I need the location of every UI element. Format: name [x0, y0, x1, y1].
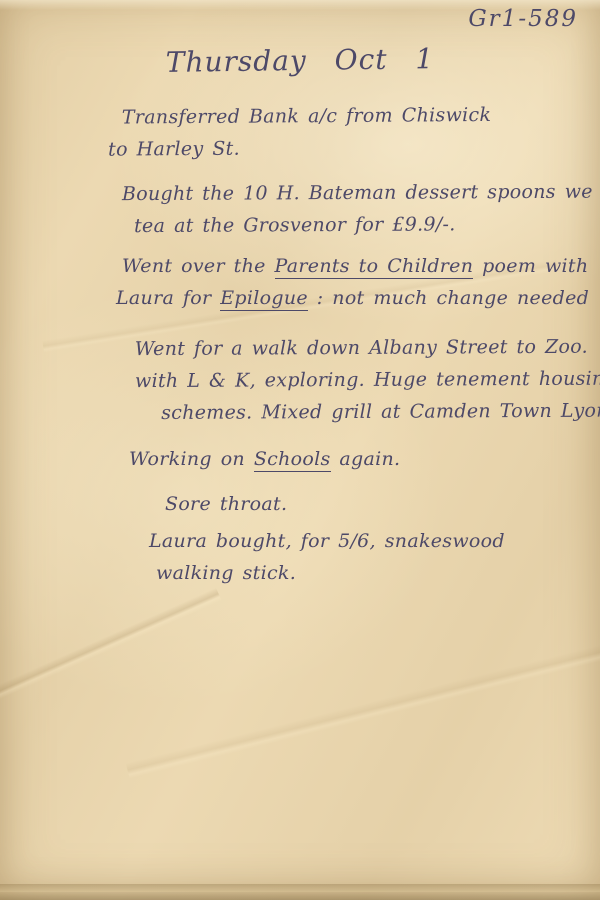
diary-text-segment: Laura for: [116, 287, 220, 309]
diary-entry-poem: Went over the Parents to Children poem w…: [122, 250, 552, 314]
catalog-number: Gr1-589: [468, 6, 578, 32]
diary-text-segment: again.: [331, 448, 401, 470]
paper-fold: [0, 884, 600, 892]
diary-text-segment: Epilogue: [220, 287, 308, 311]
diary-text-segment: Sore throat.: [165, 493, 287, 515]
diary-entry-walk: Went for a walk down Albany Street to Zo…: [135, 331, 552, 429]
diary-text-segment: Working on: [129, 448, 254, 470]
diary-entry-walking-stick: Laura bought, for 5/6, snakeswoodwalking…: [149, 525, 552, 589]
diary-line: schemes. Mixed grill at Camden Town Lyon…: [161, 395, 552, 429]
diary-text-segment: with L & K, exploring. Huge tenement hou…: [135, 368, 600, 393]
diary-line: to Harley St.: [108, 130, 552, 165]
diary-text-segment: Parents to Children: [275, 255, 474, 279]
diary-text-segment: Schools: [254, 448, 331, 472]
diary-entry-spoons: Bought the 10 H. Bateman dessert spoons …: [122, 176, 552, 242]
diary-entry-schools: Working on Schools again.: [129, 443, 552, 475]
diary-line: Working on Schools again.: [129, 443, 552, 475]
diary-entries: Transferred Bank a/c from Chiswickto Har…: [122, 100, 552, 589]
diary-page: Gr1-589 Thursday Oct 1 Transferred Bank …: [0, 0, 600, 900]
diary-text-segment: poem with: [473, 255, 588, 277]
diary-text-segment: schemes. Mixed grill at Camden Town Lyon…: [161, 400, 600, 424]
diary-line: Laura bought, for 5/6, snakeswood: [149, 525, 552, 557]
diary-line: walking stick.: [156, 557, 552, 589]
diary-text-segment: Bought the 10 H. Bateman dessert spoons …: [122, 180, 600, 205]
diary-text-segment: Transferred Bank a/c from Chiswick: [122, 104, 492, 129]
paper-edge-bottom: [0, 892, 600, 900]
diary-text-segment: Went over the: [122, 255, 275, 277]
paper-crease: [0, 588, 222, 707]
diary-line: Sore throat.: [165, 488, 552, 520]
diary-line: Went over the Parents to Children poem w…: [122, 250, 552, 282]
diary-line: Laura for Epilogue : not much change nee…: [116, 282, 552, 314]
diary-entry-sore-throat: Sore throat.: [165, 488, 552, 520]
diary-text-segment: to Harley St.: [108, 138, 240, 161]
page-title: Thursday Oct 1: [0, 40, 600, 81]
diary-text-segment: Laura bought, for 5/6, snakeswood: [149, 530, 505, 552]
diary-text-segment: tea at the Grosvenor for £9.9/-.: [134, 213, 456, 237]
paper-crease: [126, 637, 600, 778]
diary-text-segment: : not much change needed: [308, 287, 589, 309]
diary-entry-bank-transfer: Transferred Bank a/c from Chiswickto Har…: [122, 98, 552, 165]
diary-line: with L & K, exploring. Huge tenement hou…: [135, 363, 552, 397]
diary-text-segment: Went for a walk down Albany Street to Zo…: [135, 336, 588, 360]
diary-text-segment: walking stick.: [156, 562, 296, 584]
diary-line: Transferred Bank a/c from Chiswick: [122, 98, 552, 133]
diary-line: Went for a walk down Albany Street to Zo…: [135, 331, 552, 365]
diary-line: tea at the Grosvenor for £9.9/-.: [134, 208, 552, 242]
diary-line: Bought the 10 H. Bateman dessert spoons …: [122, 176, 552, 210]
